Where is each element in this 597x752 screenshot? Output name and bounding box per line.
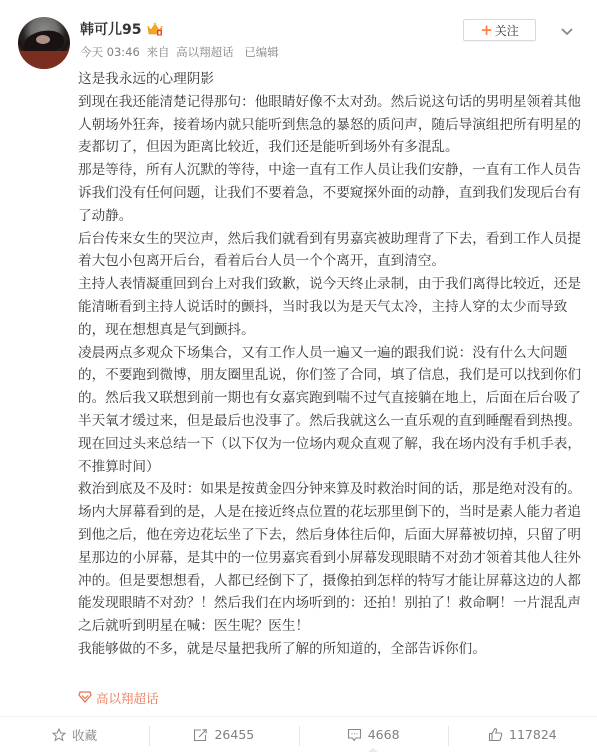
author-name[interactable]: 韩可儿95	[80, 19, 141, 39]
paragraph: 救治到底及不及时：如果是按黄金四分钟来算及时救治时间的话，那是绝对没有的。场内大…	[78, 478, 586, 638]
share-count: 26455	[214, 727, 254, 742]
chevron-down-icon[interactable]	[560, 22, 574, 32]
share-icon	[193, 728, 208, 742]
avatar-face	[36, 35, 50, 44]
from-label: 来自	[146, 45, 169, 59]
weibo-post-card: 韩可儿95 今天 03:46 来自 高以翔超话 已编辑 + 关注 这是我永远的心…	[0, 0, 597, 752]
post-meta: 今天 03:46 来自 高以翔超话 已编辑	[80, 44, 282, 60]
super-topic-link[interactable]: 高以翔超话	[78, 689, 159, 707]
paragraph: 主持人表情凝重回到台上对我们致歉，说今天终止录制，由于我们离得比较近，还是能清晰…	[78, 273, 586, 341]
super-topic-icon	[78, 691, 92, 706]
post-content: 这是我永远的心理阴影 到现在我还能清楚记得那句：他眼睛好像不太对劲。然后说这句话…	[78, 68, 586, 661]
favorite-button[interactable]: 收藏	[0, 717, 149, 752]
paragraph: 到现在我还能清楚记得那句：他眼睛好像不太对劲。然后说这句话的男明星领着其他人朝场…	[78, 91, 586, 159]
author-row: 韩可儿95	[80, 19, 163, 39]
post-source[interactable]: 高以翔超话	[176, 45, 234, 59]
favorite-label: 收藏	[72, 726, 97, 744]
crown-member-icon[interactable]	[147, 22, 163, 36]
comment-caret	[367, 748, 379, 752]
paragraph: 我能够做的不多，就是尽量把我所了解的所知道的，全部告诉你们。	[78, 638, 586, 661]
comment-icon	[347, 728, 362, 742]
like-button[interactable]: 117824	[448, 717, 597, 752]
post-time[interactable]: 今天 03:46	[80, 45, 140, 59]
comment-button[interactable]: 4668	[299, 717, 448, 752]
paragraph: 凌晨两点多观众下场集合，又有工作人员一遍又一遍的跟我们说：没有什么大问题的，不要…	[78, 342, 586, 433]
avatar[interactable]	[18, 17, 70, 69]
follow-label: 关注	[495, 22, 519, 39]
avatar-sweater	[18, 51, 70, 69]
star-icon	[52, 728, 66, 742]
like-count: 117824	[509, 727, 557, 742]
super-topic-label: 高以翔超话	[96, 689, 159, 707]
paragraph: 现在回过头来总结一下（以下仅为一位场内观众直观了解，我在场内没有手机手表，不推算…	[78, 433, 586, 479]
edited-label[interactable]: 已编辑	[244, 45, 279, 59]
paragraph: 这是我永远的心理阴影	[78, 68, 586, 91]
paragraph: 后台传来女生的哭泣声，然后我们就看到有男嘉宾被助理背了下去，看到工作人员提着大包…	[78, 228, 586, 274]
comment-count: 4668	[368, 727, 400, 742]
follow-button[interactable]: + 关注	[463, 19, 536, 41]
like-icon	[488, 727, 503, 742]
plus-icon: +	[480, 23, 493, 38]
paragraph: 那是等待，所有人沉默的等待，中途一直有工作人员让我们安静，一直有工作人员告诉我们…	[78, 159, 586, 227]
share-button[interactable]: 26455	[149, 717, 298, 752]
action-bar: 收藏 26455 4668	[0, 716, 597, 752]
